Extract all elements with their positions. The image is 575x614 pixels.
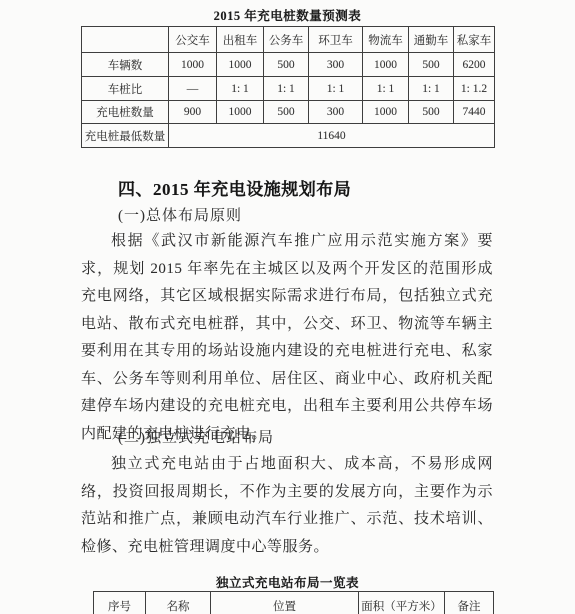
header-cell-remark: 备注 — [445, 592, 494, 614]
value-cell: 300 — [309, 53, 363, 77]
value-cell: — — [169, 77, 217, 101]
value-cell: 500 — [409, 53, 454, 77]
value-cell: 500 — [264, 53, 309, 77]
subsection-1-title: (一)总体布局原则 — [81, 204, 530, 225]
paragraph-general-layout: 根据《武汉市新能源汽车推广应用示范实施方案》要求，规划 2015 年率先在主城区… — [81, 228, 493, 448]
value-cell: 1: 1 — [217, 77, 264, 101]
station-list-table-title: 独立式充电站布局一览表 — [81, 573, 494, 591]
value-cell: 1000 — [217, 101, 264, 124]
row-label-cell: 充电桩数量 — [82, 101, 169, 124]
row-label-cell: 车桩比 — [82, 77, 169, 101]
value-cell: 1000 — [169, 53, 217, 77]
value-cell: 500 — [409, 101, 454, 124]
forecast-table-header-row: 公交车 出租车 公务车 环卫车 物流车 通勤车 私家车 — [82, 27, 495, 53]
paragraph-standalone-stations: 独立式充电站由于占地面积大、成本高，不易形成网络，投资回报周期长，不作为主要的发… — [81, 451, 493, 561]
section-heading: 四、2015 年充电设施规划布局 — [81, 175, 530, 200]
header-cell-bus: 公交车 — [169, 27, 217, 53]
value-cell: 1: 1 — [309, 77, 363, 101]
header-cell-index: 序号 — [94, 592, 146, 614]
header-cell-commuter: 通勤车 — [409, 27, 454, 53]
forecast-table: 公交车 出租车 公务车 环卫车 物流车 通勤车 私家车 车辆数 1000 100… — [81, 26, 495, 148]
value-cell: 6200 — [454, 53, 495, 77]
row-label-cell: 车辆数 — [82, 53, 169, 77]
vehicle-pile-ratio-row: 车桩比 — 1: 1 1: 1 1: 1 1: 1 1: 1 1: 1.2 — [82, 77, 495, 101]
header-cell-sanitation: 环卫车 — [309, 27, 363, 53]
value-cell: 1000 — [363, 53, 409, 77]
corner-cell — [82, 27, 169, 53]
forecast-table-title: 2015 年充电桩数量预测表 — [81, 6, 494, 24]
value-cell: 300 — [309, 101, 363, 124]
value-cell: 1: 1 — [363, 77, 409, 101]
value-cell: 1000 — [217, 53, 264, 77]
value-cell: 1000 — [363, 101, 409, 124]
value-cell: 1: 1 — [409, 77, 454, 101]
value-cell: 7440 — [454, 101, 495, 124]
value-cell: 1: 1 — [264, 77, 309, 101]
pile-count-row: 充电桩数量 900 1000 500 300 1000 500 7440 — [82, 101, 495, 124]
subsection-2-title: (二)独立式充电站布局 — [81, 426, 530, 447]
station-list-table: 序号 名称 位置 面积（平方米） 备注 — [93, 591, 494, 614]
vehicle-count-row: 车辆数 1000 1000 500 300 1000 500 6200 — [82, 53, 495, 77]
header-cell-private: 私家车 — [454, 27, 495, 53]
station-table-header-row: 序号 名称 位置 面积（平方米） 备注 — [94, 592, 494, 614]
minimum-total-row: 充电桩最低数量 11640 — [82, 124, 495, 148]
header-cell-location: 位置 — [211, 592, 359, 614]
document-page: 2015 年充电桩数量预测表 公交车 出租车 公务车 环卫车 物流车 通勤车 私… — [0, 0, 575, 614]
header-cell-name: 名称 — [146, 592, 211, 614]
value-cell: 900 — [169, 101, 217, 124]
header-cell-logistics: 物流车 — [363, 27, 409, 53]
total-value-cell: 11640 — [169, 124, 495, 148]
header-cell-taxi: 出租车 — [217, 27, 264, 53]
value-cell: 500 — [264, 101, 309, 124]
value-cell: 1: 1.2 — [454, 77, 495, 101]
row-label-cell: 充电桩最低数量 — [82, 124, 169, 148]
header-cell-official: 公务车 — [264, 27, 309, 53]
header-cell-area: 面积（平方米） — [359, 592, 445, 614]
